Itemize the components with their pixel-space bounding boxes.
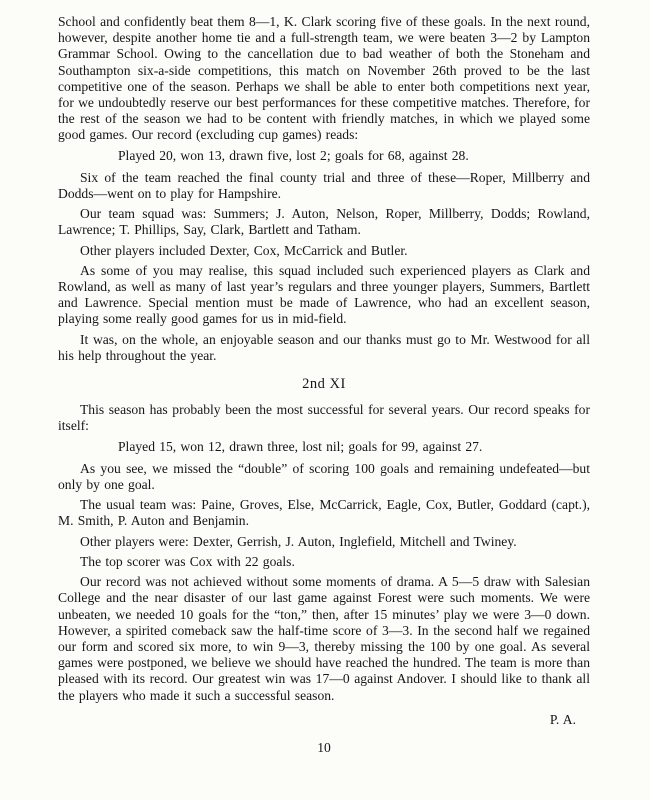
record-line-first-xi: Played 20, won 13, drawn five, lost 2; g… <box>58 148 590 164</box>
paragraph-most-successful: This season has probably been the most s… <box>58 402 590 434</box>
paragraph-squad-experience: As some of you may realise, this squad i… <box>58 263 590 328</box>
paragraph-other-players-second-xi: Other players were: Dexter, Gerrish, J. … <box>58 534 590 550</box>
author-initials: P. A. <box>58 712 590 728</box>
paragraph-season-drama: Our record was not achieved without some… <box>58 574 590 704</box>
paragraph-county-trial: Six of the team reached the final county… <box>58 170 590 202</box>
page-number: 10 <box>58 740 590 756</box>
paragraph-season-summary: School and confidently beat them 8—1, K.… <box>58 14 590 144</box>
document-page: School and confidently beat them 8—1, K.… <box>0 0 650 800</box>
paragraph-thanks-westwood: It was, on the whole, an enjoyable seaso… <box>58 332 590 364</box>
paragraph-missed-double: As you see, we missed the “double” of sc… <box>58 461 590 493</box>
paragraph-team-squad: Our team squad was: Summers; J. Auton, N… <box>58 206 590 238</box>
paragraph-other-players-first-xi: Other players included Dexter, Cox, McCa… <box>58 243 590 259</box>
paragraph-usual-team: The usual team was: Paine, Groves, Else,… <box>58 497 590 529</box>
paragraph-top-scorer: The top scorer was Cox with 22 goals. <box>58 554 590 570</box>
record-line-second-xi: Played 15, won 12, drawn three, lost nil… <box>58 439 590 455</box>
section-heading-2nd-xi: 2nd XI <box>58 376 590 392</box>
